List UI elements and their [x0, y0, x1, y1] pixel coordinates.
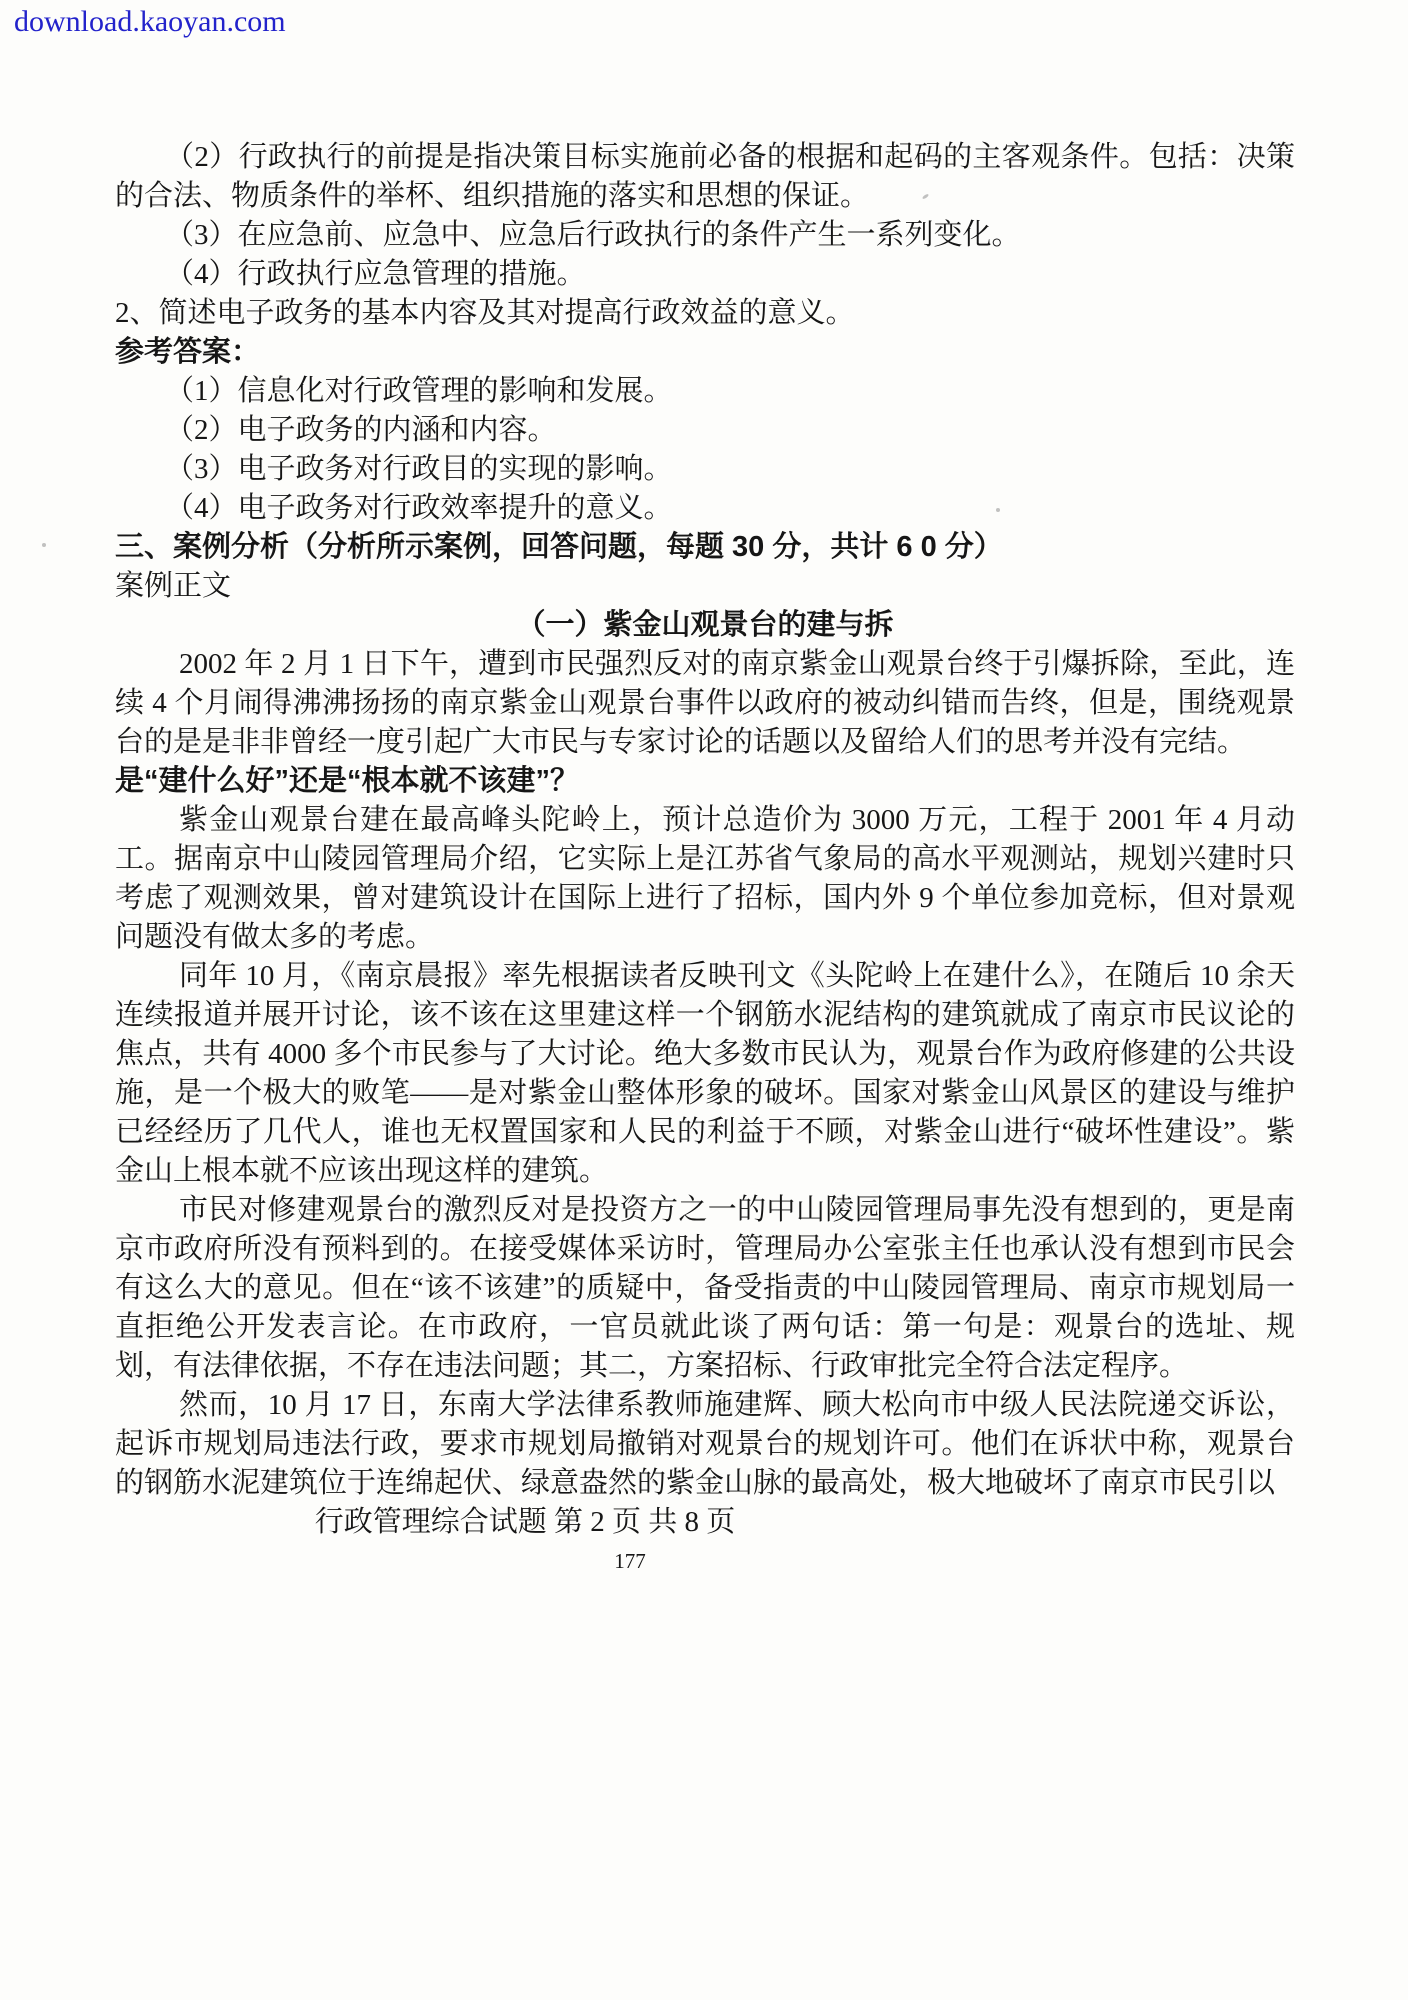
- case-paragraph-2: 紫金山观景台建在最高峰头陀岭上，预计总造价为 3000 万元，工程于 2001 …: [115, 801, 1295, 957]
- answer-item-1: （1）信息化对行政管理的影响和发展。: [115, 372, 1295, 411]
- question-2: 2、简述电子政务的基本内容及其对提高行政效益的意义。: [115, 294, 1295, 333]
- page-footer: 行政管理综合试题 第 2 页 共 8 页: [0, 1503, 1115, 1542]
- answer-point-2: （2）行政执行的前提是指决策目标实施前必备的根据和起码的主客观条件。包括：决策的…: [115, 138, 1295, 216]
- section-heading: 三、案例分析（分析所示案例，回答问题，每题 30 分，共计 6 0 分）: [115, 528, 1295, 567]
- case-text-label: 案例正文: [115, 567, 1295, 606]
- case-paragraph-5: 然而，10 月 17 日，东南大学法律系教师施建辉、顾大松向市中级人民法院递交诉…: [115, 1386, 1295, 1503]
- answer-point-4: （4）行政执行应急管理的措施。: [115, 255, 1295, 294]
- case-paragraph-1: 2002 年 2 月 1 日下午，遭到市民强烈反对的南京紫金山观景台终于引爆拆除…: [115, 645, 1295, 762]
- scanned-document-page: download.kaoyan.com （2）行政执行的前提是指决策目标实施前必…: [0, 0, 1408, 2000]
- answer-item-2: （2）电子政务的内涵和内容。: [115, 411, 1295, 450]
- watermark-url: download.kaoyan.com: [14, 5, 286, 39]
- scan-speckle: [42, 543, 46, 547]
- reference-answer-label: 参考答案：: [115, 333, 1295, 372]
- answer-point-3: （3）在应急前、应急中、应急后行政执行的条件产生一系列变化。: [115, 216, 1295, 255]
- answer-item-3: （3）电子政务对行政目的实现的影响。: [115, 450, 1295, 489]
- answer-item-4: （4）电子政务对行政效率提升的意义。: [115, 489, 1295, 528]
- case-paragraph-3: 同年 10 月，《南京晨报》率先根据读者反映刊文《头陀岭上在建什么》，在随后 1…: [115, 957, 1295, 1191]
- document-body: （2）行政执行的前提是指决策目标实施前必备的根据和起码的主客观条件。包括：决策的…: [115, 138, 1295, 1581]
- case-subheading: 是“建什么好”还是“根本就不该建”？: [115, 762, 1295, 801]
- case-paragraph-4: 市民对修建观景台的激烈反对是投资方之一的中山陵园管理局事先没有想到的，更是南京市…: [115, 1191, 1295, 1386]
- case-title: （一）紫金山观景台的建与拆: [115, 606, 1295, 645]
- page-number: 177: [40, 1542, 1220, 1581]
